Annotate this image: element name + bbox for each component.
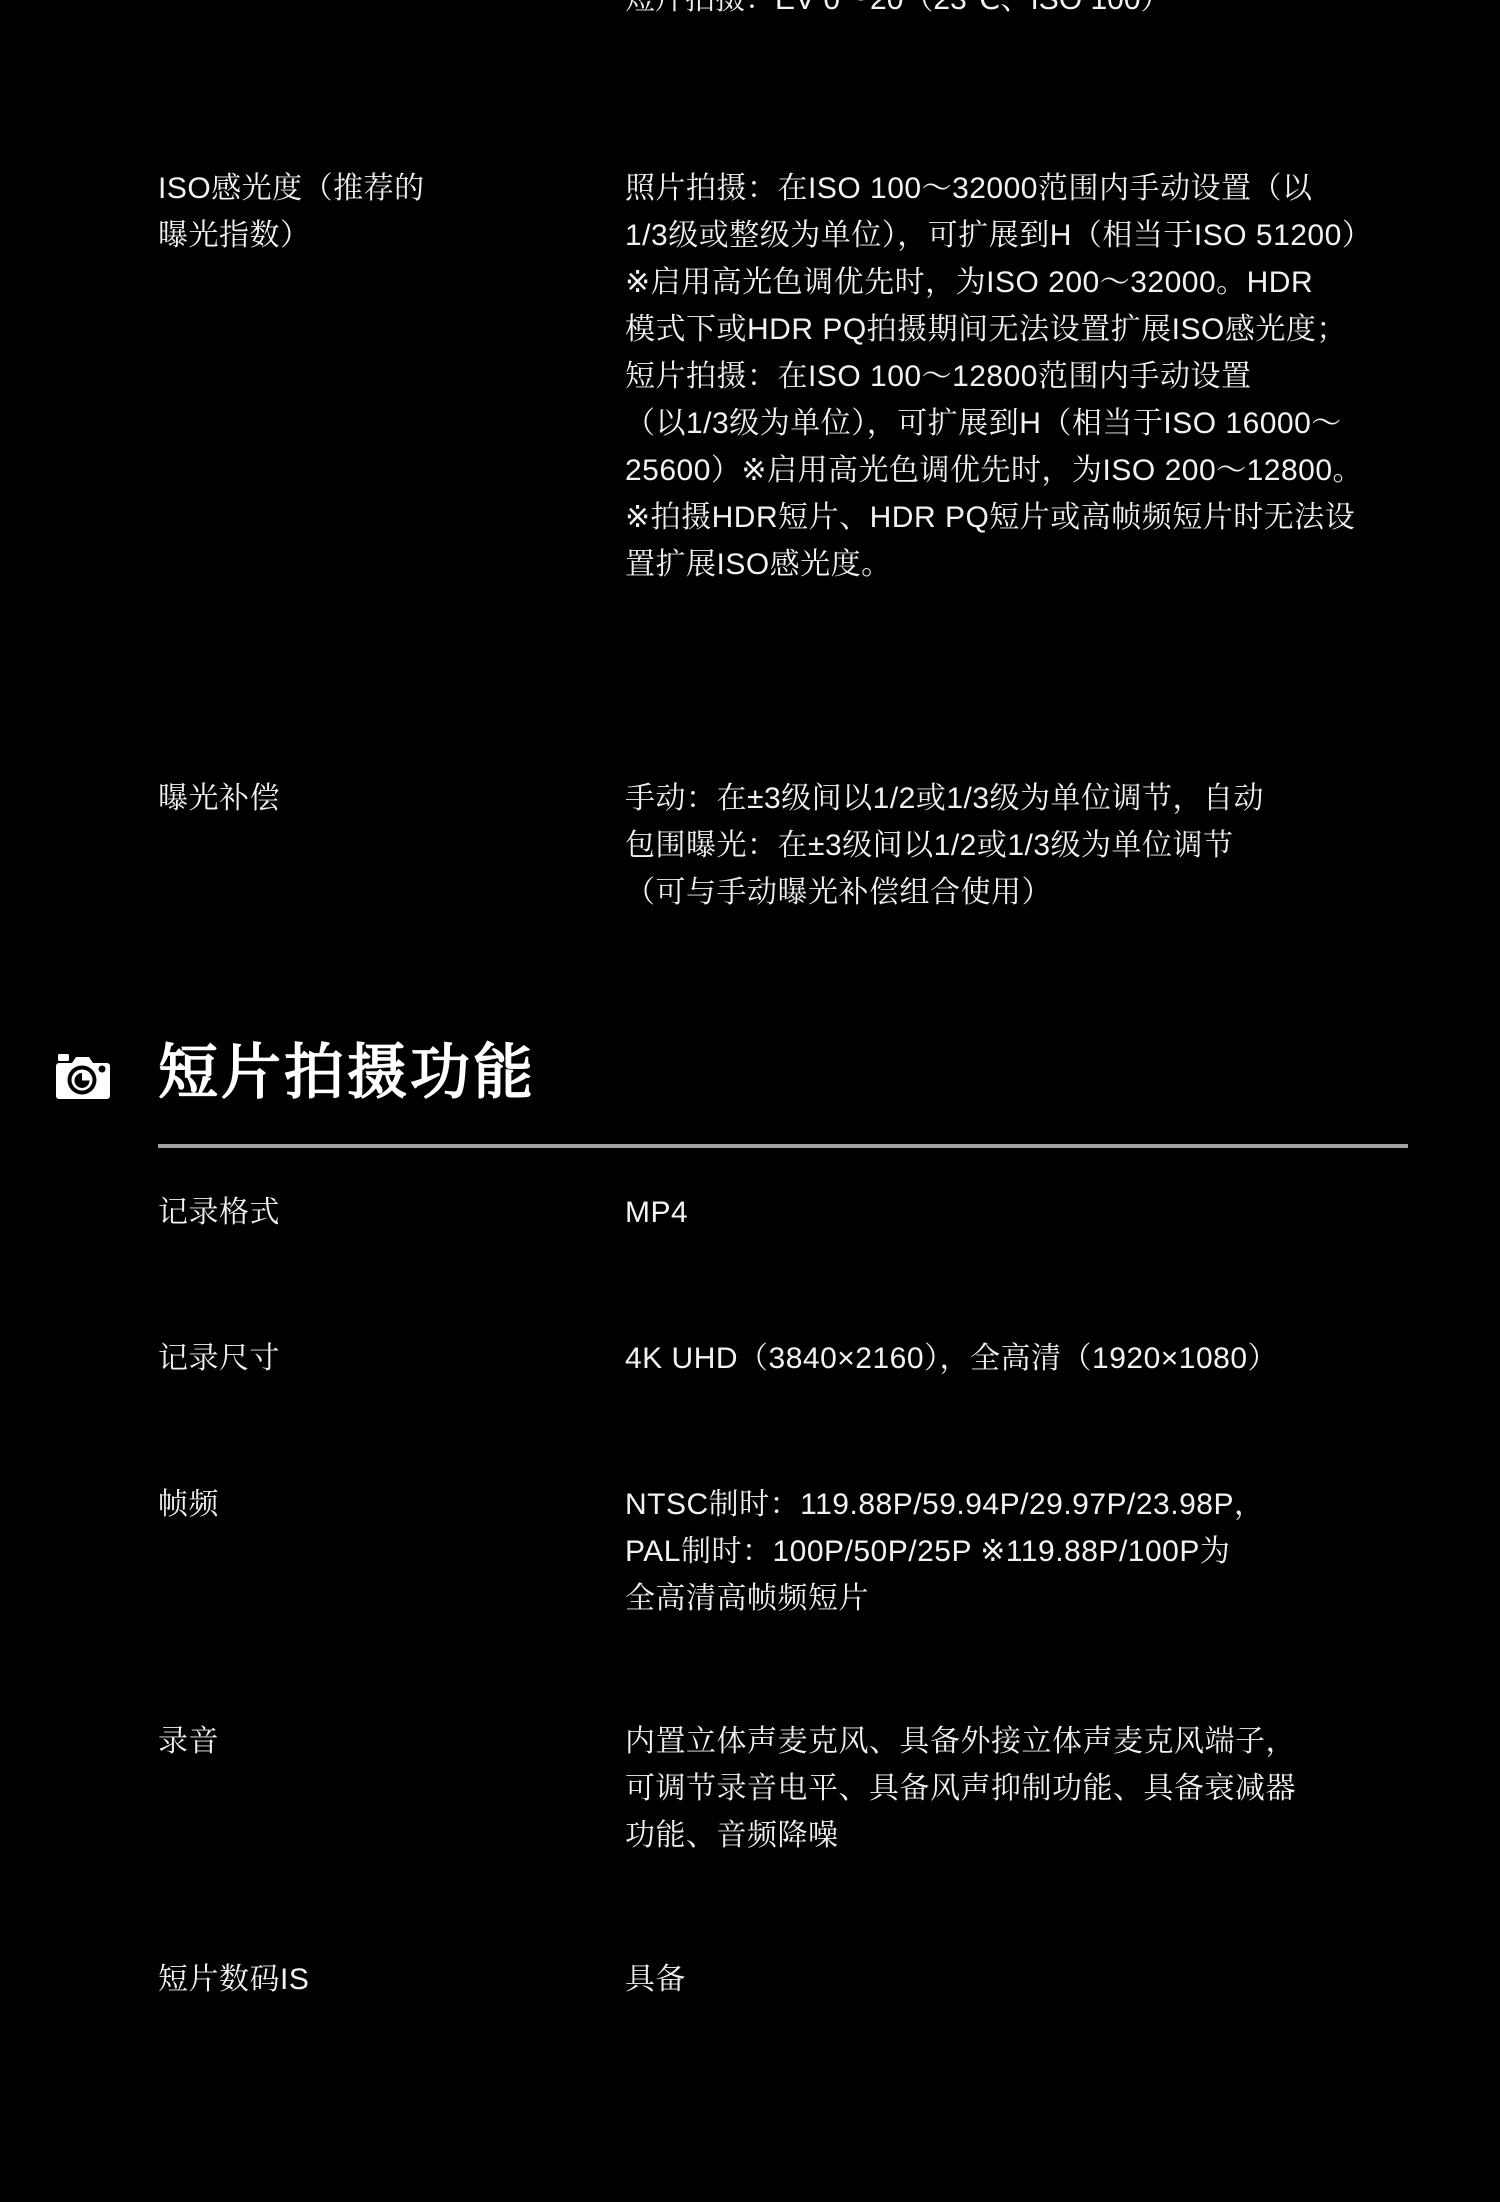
spec-label-frame-rate: 帧频 [158, 1481, 625, 1622]
spec-value-exposure-compensation: 手动：在±3级间以1/2或1/3级为单位调节，自动 包围曝光：在±3级间以1/2… [625, 775, 1435, 916]
spec-table: ISO感光度（推荐的 曝光指数） 照片拍摄：在ISO 100～32000范围内手… [0, 165, 1500, 2003]
spec-label-record-format: 记录格式 [158, 1189, 625, 1236]
spec-row-record-format: 记录格式 MP4 [0, 1189, 1500, 1236]
spec-value-audio-recording: 内置立体声麦克风、具备外接立体声麦克风端子， 可调节录音电平、具备风声抑制功能、… [625, 1718, 1435, 1859]
spec-row-exposure-compensation: 曝光补偿 手动：在±3级间以1/2或1/3级为单位调节，自动 包围曝光：在±3级… [0, 775, 1500, 916]
spec-value-record-size: 4K UHD（3840×2160），全高清（1920×1080） [625, 1335, 1435, 1382]
spec-value-record-format: MP4 [625, 1189, 1435, 1236]
top-clipped-spec-line: 短片拍摄：EV 0～20（23℃、ISO 100） [625, 0, 1171, 23]
movie-section-title: 短片拍摄功能 [158, 1030, 536, 1116]
spec-label-iso: ISO感光度（推荐的 曝光指数） [158, 165, 625, 588]
spec-row-audio-recording: 录音 内置立体声麦克风、具备外接立体声麦克风端子， 可调节录音电平、具备风声抑制… [0, 1718, 1500, 1859]
spec-value-movie-digital-is: 具备 [625, 1956, 1435, 2003]
spec-row-iso: ISO感光度（推荐的 曝光指数） 照片拍摄：在ISO 100～32000范围内手… [0, 165, 1500, 588]
spec-row-frame-rate: 帧频 NTSC制时：119.88P/59.94P/29.97P/23.98P， … [0, 1481, 1500, 1622]
camera-icon [56, 1053, 110, 1099]
movie-section-header: 短片拍摄功能 [0, 1030, 1500, 1116]
section-divider [158, 1144, 1408, 1148]
spec-row-record-size: 记录尺寸 4K UHD（3840×2160），全高清（1920×1080） [0, 1335, 1500, 1382]
spec-value-frame-rate: NTSC制时：119.88P/59.94P/29.97P/23.98P， PAL… [625, 1481, 1435, 1622]
spec-label-record-size: 记录尺寸 [158, 1335, 625, 1382]
spec-value-iso: 照片拍摄：在ISO 100～32000范围内手动设置（以 1/3级或整级为单位）… [625, 165, 1435, 588]
spec-row-movie-digital-is: 短片数码IS 具备 [0, 1956, 1500, 2003]
spec-label-movie-digital-is: 短片数码IS [158, 1956, 625, 2003]
spec-label-audio-recording: 录音 [158, 1718, 625, 1859]
spec-label-exposure-compensation: 曝光补偿 [158, 775, 625, 916]
